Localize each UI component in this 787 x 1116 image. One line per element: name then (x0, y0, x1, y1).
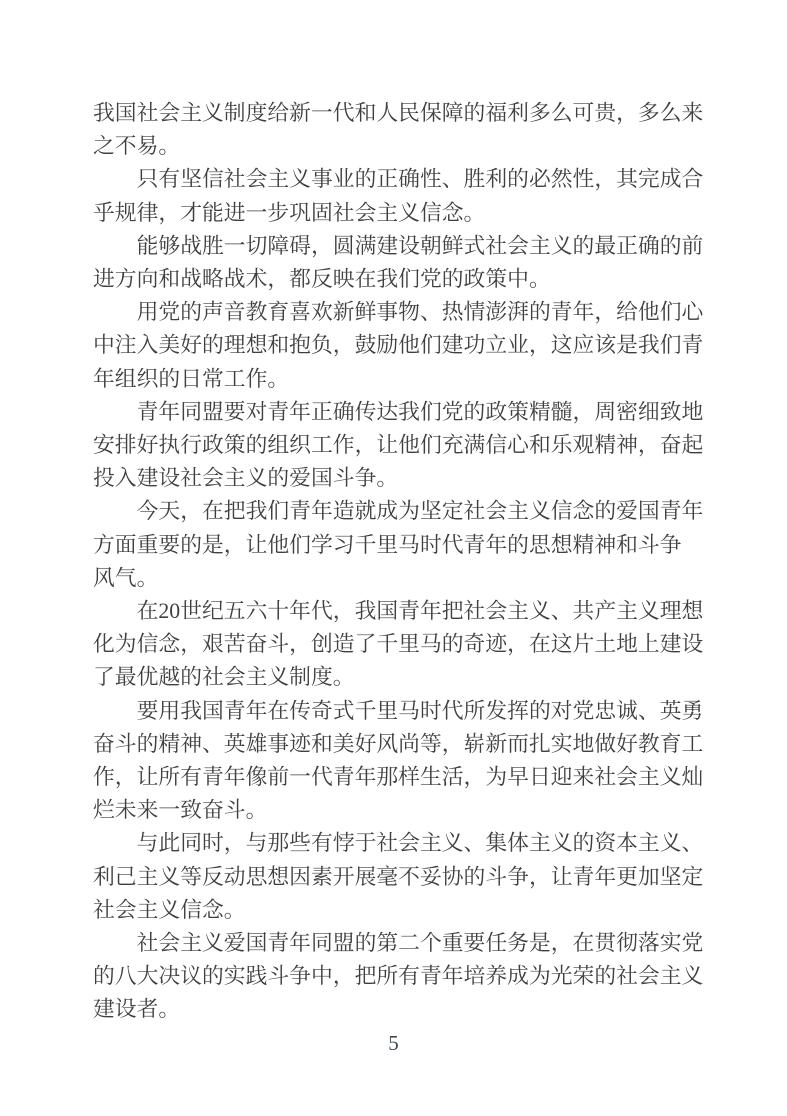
paragraph: 要用我国青年在传奇式千里马时代所发挥的对党忠诚、英勇 奋斗的精神、英雄事迹和美好… (93, 695, 733, 828)
document-page: 我国社会主义制度给新一代和人民保障的福利多么可贵，多么来 之不易。只有坚信社会主… (0, 0, 787, 1116)
paragraph: 与此同时，与那些有悖于社会主义、集体主义的资本主义、 利己主义等反动思想因素开展… (93, 827, 733, 927)
paragraph: 社会主义爱国青年同盟的第二个重要任务是，在贯彻落实党 的八大决议的实践斗争中，把… (93, 927, 733, 1027)
paragraph: 我国社会主义制度给新一代和人民保障的福利多么可贵，多么来 之不易。 (93, 97, 733, 163)
page-number: 5 (0, 1029, 787, 1057)
paragraph: 能够战胜一切障碍，圆满建设朝鲜式社会主义的最正确的前 进方向和战略战术，都反映在… (93, 230, 733, 296)
paragraph: 青年同盟要对青年正确传达我们党的政策精髓，周密细致地 安排好执行政策的组织工作，… (93, 396, 733, 496)
paragraph: 用党的声音教育喜欢新鲜事物、热情澎湃的青年，给他们心 中注入美好的理想和抱负，鼓… (93, 296, 733, 396)
paragraph: 在20世纪五六十年代，我国青年把社会主义、共产主义理想 化为信念，艰苦奋斗，创造… (93, 595, 733, 695)
paragraph: 只有坚信社会主义事业的正确性、胜利的必然性，其完成合 乎规律，才能进一步巩固社会… (93, 163, 733, 229)
paragraph: 今天，在把我们青年造就成为坚定社会主义信念的爱国青年 方面重要的是，让他们学习千… (93, 495, 733, 595)
body-text: 我国社会主义制度给新一代和人民保障的福利多么可贵，多么来 之不易。只有坚信社会主… (93, 97, 733, 1027)
